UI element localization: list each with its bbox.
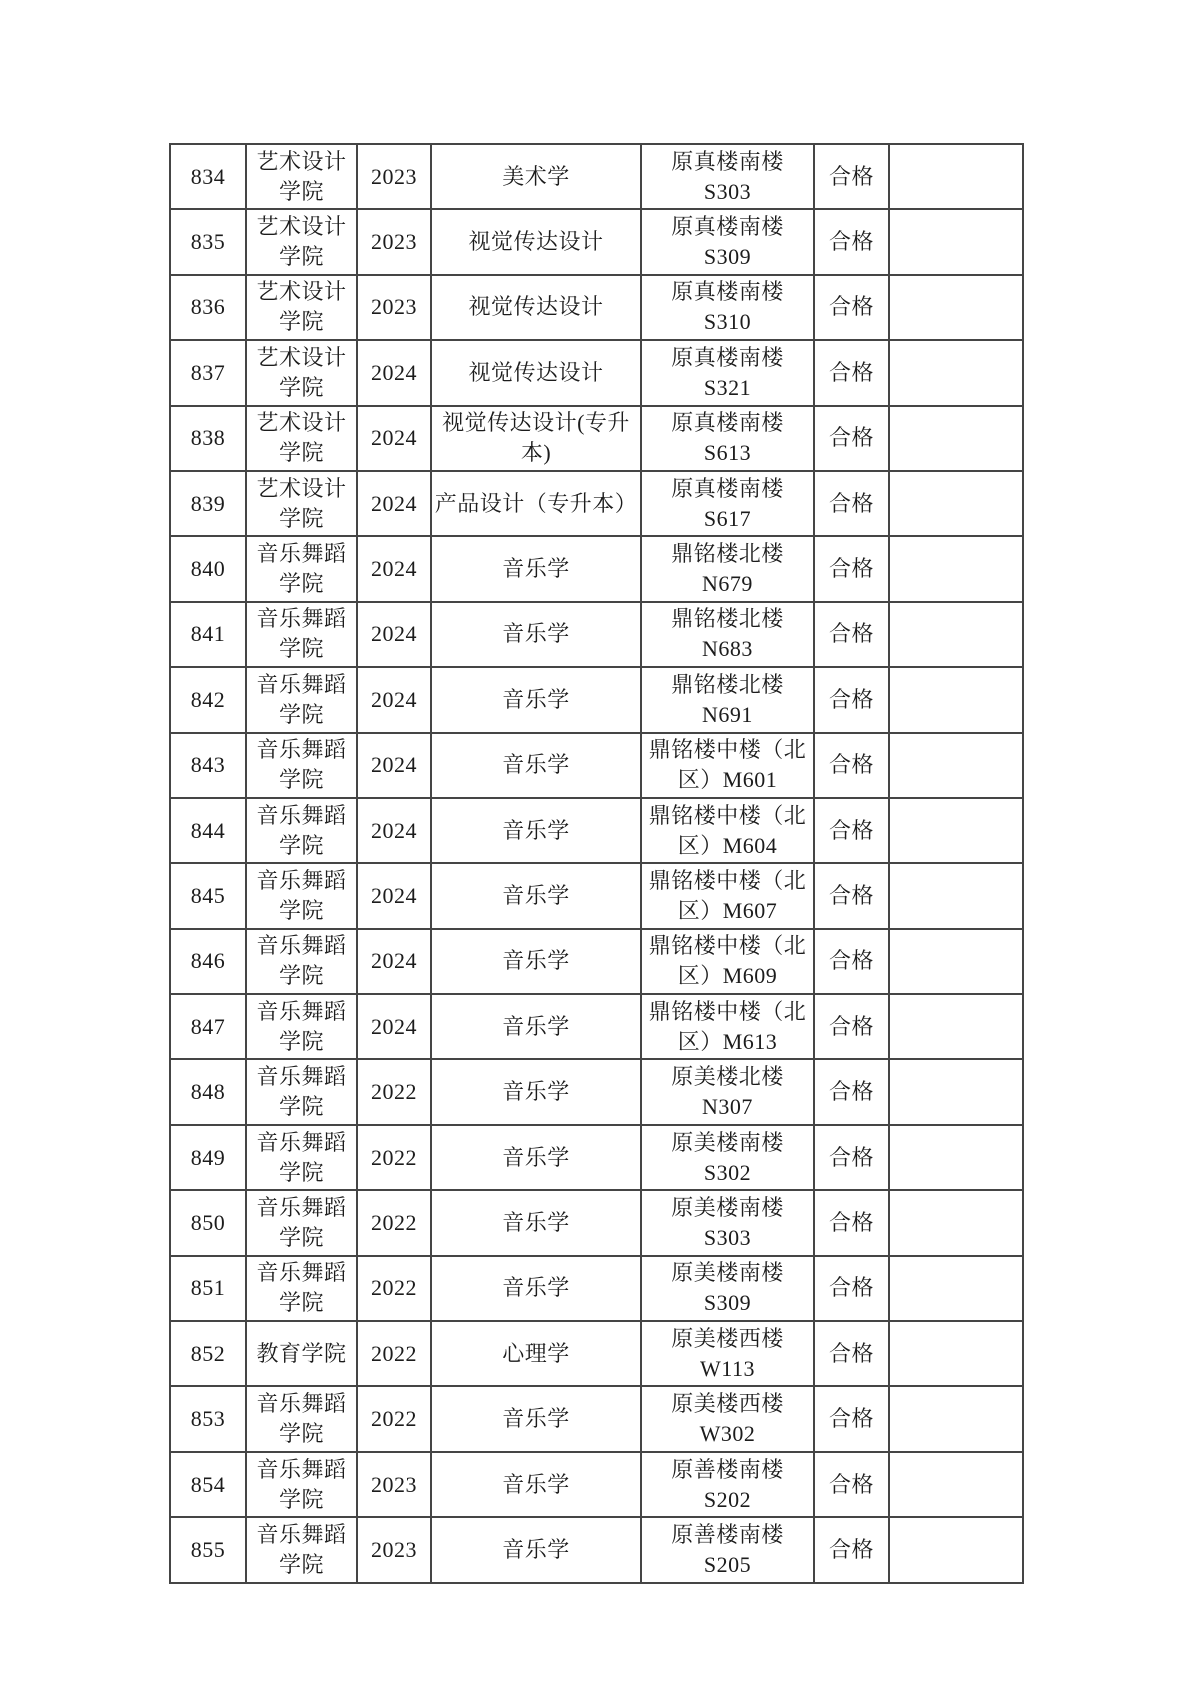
cell-year: 2024 <box>357 536 431 601</box>
cell-note <box>889 1386 1023 1451</box>
cell-number: 843 <box>170 733 246 798</box>
cell-college: 音乐舞蹈学院 <box>246 667 357 732</box>
classroom-inspection-table-wrap: 834艺术设计学院2023美术学原真楼南楼S303合格835艺术设计学院2023… <box>169 143 1024 1584</box>
grade-year: 2022 <box>358 1143 430 1173</box>
major-name-line: 音乐学 <box>432 1535 640 1565</box>
room-number: N679 <box>642 569 813 599</box>
cell-number: 851 <box>170 1256 246 1321</box>
building-name: 原真楼南楼 <box>642 212 813 242</box>
cell-college: 音乐舞蹈学院 <box>246 733 357 798</box>
result-value: 合格 <box>815 619 888 649</box>
cell-location: 原美楼南楼S302 <box>641 1125 814 1190</box>
cell-note <box>889 1190 1023 1255</box>
cell-location: 原善楼南楼S202 <box>641 1452 814 1517</box>
grade-year: 2024 <box>358 1012 430 1042</box>
cell-major: 音乐学 <box>431 863 641 928</box>
cell-note <box>889 733 1023 798</box>
table-row: 838艺术设计学院2024视觉传达设计(专升本)原真楼南楼S613合格 <box>170 406 1023 471</box>
cell-number: 854 <box>170 1452 246 1517</box>
college-name-line: 学院 <box>247 1485 356 1515</box>
major-name-line: 音乐学 <box>432 1273 640 1303</box>
cell-location: 鼎铭楼中楼（北区）M607 <box>641 863 814 928</box>
building-name: 原真楼南楼 <box>642 408 813 438</box>
table-row: 854音乐舞蹈学院2023音乐学原善楼南楼S202合格 <box>170 1452 1023 1517</box>
cell-number: 837 <box>170 340 246 405</box>
grade-year: 2024 <box>358 750 430 780</box>
room-number: 区）M604 <box>642 831 813 861</box>
table-row: 848音乐舞蹈学院2022音乐学原美楼北楼N307合格 <box>170 1059 1023 1124</box>
room-number: S303 <box>642 177 813 207</box>
cell-year: 2022 <box>357 1190 431 1255</box>
cell-note <box>889 863 1023 928</box>
row-number: 851 <box>171 1273 245 1303</box>
cell-result: 合格 <box>814 994 889 1059</box>
room-number: 区）M609 <box>642 961 813 991</box>
row-number: 854 <box>171 1470 245 1500</box>
cell-note <box>889 667 1023 732</box>
cell-year: 2023 <box>357 1517 431 1582</box>
cell-note <box>889 406 1023 471</box>
college-name-line: 艺术设计 <box>247 474 356 504</box>
cell-number: 840 <box>170 536 246 601</box>
cell-year: 2022 <box>357 1059 431 1124</box>
cell-number: 839 <box>170 471 246 536</box>
cell-result: 合格 <box>814 209 889 274</box>
major-name-line: 音乐学 <box>432 750 640 780</box>
building-name: 鼎铭楼北楼 <box>642 670 813 700</box>
major-name-line: 心理学 <box>432 1339 640 1369</box>
cell-major: 音乐学 <box>431 994 641 1059</box>
college-name-line: 音乐舞蹈 <box>247 1128 356 1158</box>
grade-year: 2024 <box>358 881 430 911</box>
row-number: 843 <box>171 750 245 780</box>
row-number: 836 <box>171 292 245 322</box>
major-name-line: 音乐学 <box>432 1470 640 1500</box>
cell-year: 2023 <box>357 144 431 209</box>
cell-number: 852 <box>170 1321 246 1386</box>
cell-location: 原美楼北楼N307 <box>641 1059 814 1124</box>
cell-note <box>889 798 1023 863</box>
cell-result: 合格 <box>814 1321 889 1386</box>
building-name: 鼎铭楼中楼（北 <box>642 931 813 961</box>
cell-major: 音乐学 <box>431 1125 641 1190</box>
cell-note <box>889 1517 1023 1582</box>
major-name-line: 视觉传达设计 <box>432 292 640 322</box>
result-value: 合格 <box>815 1535 888 1565</box>
cell-location: 原美楼南楼S309 <box>641 1256 814 1321</box>
building-name: 鼎铭楼中楼（北 <box>642 997 813 1027</box>
cell-note <box>889 275 1023 340</box>
table-row: 845音乐舞蹈学院2024音乐学鼎铭楼中楼（北区）M607合格 <box>170 863 1023 928</box>
cell-major: 音乐学 <box>431 1386 641 1451</box>
grade-year: 2023 <box>358 162 430 192</box>
major-name-line: 音乐学 <box>432 1012 640 1042</box>
room-number: S321 <box>642 373 813 403</box>
college-name-line: 音乐舞蹈 <box>247 1455 356 1485</box>
table-row: 849音乐舞蹈学院2022音乐学原美楼南楼S302合格 <box>170 1125 1023 1190</box>
college-name-line: 音乐舞蹈 <box>247 1193 356 1223</box>
building-name: 鼎铭楼北楼 <box>642 539 813 569</box>
college-name-line: 学院 <box>247 1550 356 1580</box>
building-name: 鼎铭楼北楼 <box>642 604 813 634</box>
college-name-line: 学院 <box>247 1027 356 1057</box>
grade-year: 2024 <box>358 685 430 715</box>
cell-major: 音乐学 <box>431 1256 641 1321</box>
college-name-line: 音乐舞蹈 <box>247 670 356 700</box>
major-name-line: 音乐学 <box>432 1077 640 1107</box>
result-value: 合格 <box>815 358 888 388</box>
result-value: 合格 <box>815 685 888 715</box>
cell-year: 2024 <box>357 798 431 863</box>
major-name-line: 视觉传达设计 <box>432 358 640 388</box>
building-name: 原真楼南楼 <box>642 343 813 373</box>
classroom-inspection-table: 834艺术设计学院2023美术学原真楼南楼S303合格835艺术设计学院2023… <box>169 143 1024 1584</box>
college-name-line: 音乐舞蹈 <box>247 1258 356 1288</box>
table-row: 839艺术设计学院2024产品设计（专升本）原真楼南楼S617合格 <box>170 471 1023 536</box>
cell-note <box>889 144 1023 209</box>
cell-number: 846 <box>170 929 246 994</box>
building-name: 原美楼北楼 <box>642 1062 813 1092</box>
room-number: S202 <box>642 1485 813 1515</box>
table-row: 836艺术设计学院2023视觉传达设计原真楼南楼S310合格 <box>170 275 1023 340</box>
cell-result: 合格 <box>814 536 889 601</box>
table-row: 853音乐舞蹈学院2022音乐学原美楼西楼W302合格 <box>170 1386 1023 1451</box>
cell-result: 合格 <box>814 471 889 536</box>
room-number: S310 <box>642 307 813 337</box>
college-name-line: 教育学院 <box>247 1339 356 1369</box>
cell-major: 音乐学 <box>431 1452 641 1517</box>
room-number: 区）M601 <box>642 765 813 795</box>
college-name-line: 学院 <box>247 177 356 207</box>
grade-year: 2022 <box>358 1208 430 1238</box>
cell-number: 838 <box>170 406 246 471</box>
college-name-line: 艺术设计 <box>247 147 356 177</box>
college-name-line: 音乐舞蹈 <box>247 801 356 831</box>
grade-year: 2023 <box>358 227 430 257</box>
cell-college: 音乐舞蹈学院 <box>246 536 357 601</box>
cell-location: 鼎铭楼北楼N679 <box>641 536 814 601</box>
college-name-line: 学院 <box>247 700 356 730</box>
cell-result: 合格 <box>814 602 889 667</box>
college-name-line: 音乐舞蹈 <box>247 539 356 569</box>
cell-year: 2024 <box>357 863 431 928</box>
cell-year: 2024 <box>357 340 431 405</box>
cell-major: 音乐学 <box>431 733 641 798</box>
college-name-line: 音乐舞蹈 <box>247 735 356 765</box>
result-value: 合格 <box>815 423 888 453</box>
grade-year: 2024 <box>358 946 430 976</box>
college-name-line: 音乐舞蹈 <box>247 931 356 961</box>
cell-year: 2022 <box>357 1125 431 1190</box>
cell-location: 原真楼南楼S303 <box>641 144 814 209</box>
result-value: 合格 <box>815 1012 888 1042</box>
cell-location: 鼎铭楼中楼（北区）M604 <box>641 798 814 863</box>
grade-year: 2024 <box>358 619 430 649</box>
result-value: 合格 <box>815 1339 888 1369</box>
result-value: 合格 <box>815 946 888 976</box>
cell-college: 音乐舞蹈学院 <box>246 863 357 928</box>
building-name: 原真楼南楼 <box>642 147 813 177</box>
cell-number: 850 <box>170 1190 246 1255</box>
cell-result: 合格 <box>814 798 889 863</box>
cell-year: 2023 <box>357 209 431 274</box>
room-number: 区）M607 <box>642 896 813 926</box>
cell-major: 音乐学 <box>431 929 641 994</box>
cell-result: 合格 <box>814 1517 889 1582</box>
table-row: 834艺术设计学院2023美术学原真楼南楼S303合格 <box>170 144 1023 209</box>
room-number: N307 <box>642 1092 813 1122</box>
cell-major: 音乐学 <box>431 536 641 601</box>
table-row: 851音乐舞蹈学院2022音乐学原美楼南楼S309合格 <box>170 1256 1023 1321</box>
cell-college: 音乐舞蹈学院 <box>246 1517 357 1582</box>
college-name-line: 学院 <box>247 373 356 403</box>
cell-college: 音乐舞蹈学院 <box>246 1256 357 1321</box>
college-name-line: 学院 <box>247 1158 356 1188</box>
cell-location: 鼎铭楼北楼N683 <box>641 602 814 667</box>
college-name-line: 艺术设计 <box>247 277 356 307</box>
cell-result: 合格 <box>814 1059 889 1124</box>
major-name-line: 音乐学 <box>432 619 640 649</box>
cell-note <box>889 602 1023 667</box>
grade-year: 2022 <box>358 1339 430 1369</box>
grade-year: 2023 <box>358 1470 430 1500</box>
major-name-line: 本) <box>432 438 640 468</box>
college-name-line: 音乐舞蹈 <box>247 1389 356 1419</box>
cell-number: 835 <box>170 209 246 274</box>
table-row: 843音乐舞蹈学院2024音乐学鼎铭楼中楼（北区）M601合格 <box>170 733 1023 798</box>
cell-major: 音乐学 <box>431 1517 641 1582</box>
major-name-line: 音乐学 <box>432 816 640 846</box>
college-name-line: 学院 <box>247 504 356 534</box>
cell-location: 原美楼南楼S303 <box>641 1190 814 1255</box>
building-name: 原真楼南楼 <box>642 474 813 504</box>
row-number: 840 <box>171 554 245 584</box>
result-value: 合格 <box>815 1273 888 1303</box>
cell-number: 855 <box>170 1517 246 1582</box>
cell-major: 视觉传达设计(专升本) <box>431 406 641 471</box>
cell-number: 845 <box>170 863 246 928</box>
college-name-line: 学院 <box>247 1223 356 1253</box>
cell-major: 音乐学 <box>431 1059 641 1124</box>
building-name: 鼎铭楼中楼（北 <box>642 735 813 765</box>
cell-note <box>889 994 1023 1059</box>
room-number: N691 <box>642 700 813 730</box>
cell-major: 美术学 <box>431 144 641 209</box>
cell-note <box>889 1059 1023 1124</box>
college-name-line: 学院 <box>247 1092 356 1122</box>
college-name-line: 学院 <box>247 634 356 664</box>
cell-year: 2024 <box>357 994 431 1059</box>
row-number: 839 <box>171 489 245 519</box>
cell-location: 原真楼南楼S613 <box>641 406 814 471</box>
cell-college: 音乐舞蹈学院 <box>246 1125 357 1190</box>
row-number: 848 <box>171 1077 245 1107</box>
grade-year: 2023 <box>358 1535 430 1565</box>
cell-number: 847 <box>170 994 246 1059</box>
result-value: 合格 <box>815 227 888 257</box>
cell-college: 音乐舞蹈学院 <box>246 798 357 863</box>
cell-college: 艺术设计学院 <box>246 340 357 405</box>
cell-result: 合格 <box>814 1125 889 1190</box>
building-name: 鼎铭楼中楼（北 <box>642 866 813 896</box>
cell-result: 合格 <box>814 275 889 340</box>
building-name: 原美楼西楼 <box>642 1324 813 1354</box>
cell-result: 合格 <box>814 863 889 928</box>
building-name: 原真楼南楼 <box>642 277 813 307</box>
cell-result: 合格 <box>814 929 889 994</box>
cell-location: 原美楼西楼W113 <box>641 1321 814 1386</box>
cell-location: 原美楼西楼W302 <box>641 1386 814 1451</box>
result-value: 合格 <box>815 750 888 780</box>
cell-note <box>889 1125 1023 1190</box>
cell-college: 艺术设计学院 <box>246 471 357 536</box>
room-number: S617 <box>642 504 813 534</box>
cell-location: 鼎铭楼中楼（北区）M613 <box>641 994 814 1059</box>
cell-major: 音乐学 <box>431 798 641 863</box>
cell-college: 教育学院 <box>246 1321 357 1386</box>
table-row: 852教育学院2022心理学原美楼西楼W113合格 <box>170 1321 1023 1386</box>
cell-year: 2023 <box>357 1452 431 1517</box>
row-number: 838 <box>171 423 245 453</box>
cell-college: 音乐舞蹈学院 <box>246 602 357 667</box>
cell-major: 音乐学 <box>431 1190 641 1255</box>
cell-major: 音乐学 <box>431 667 641 732</box>
cell-result: 合格 <box>814 1452 889 1517</box>
result-value: 合格 <box>815 1143 888 1173</box>
building-name: 原善楼南楼 <box>642 1520 813 1550</box>
major-name-line: 产品设计（专升本） <box>432 489 640 519</box>
building-name: 鼎铭楼中楼（北 <box>642 801 813 831</box>
college-name-line: 学院 <box>247 896 356 926</box>
row-number: 841 <box>171 619 245 649</box>
college-name-line: 艺术设计 <box>247 212 356 242</box>
cell-number: 842 <box>170 667 246 732</box>
row-number: 847 <box>171 1012 245 1042</box>
room-number: 区）M613 <box>642 1027 813 1057</box>
room-number: S309 <box>642 1288 813 1318</box>
cell-location: 原真楼南楼S321 <box>641 340 814 405</box>
cell-number: 853 <box>170 1386 246 1451</box>
major-name-line: 音乐学 <box>432 1143 640 1173</box>
major-name-line: 音乐学 <box>432 946 640 976</box>
college-name-line: 音乐舞蹈 <box>247 1520 356 1550</box>
result-value: 合格 <box>815 554 888 584</box>
college-name-line: 学院 <box>247 438 356 468</box>
cell-college: 艺术设计学院 <box>246 209 357 274</box>
room-number: S303 <box>642 1223 813 1253</box>
cell-college: 艺术设计学院 <box>246 144 357 209</box>
building-name: 原美楼南楼 <box>642 1193 813 1223</box>
cell-number: 848 <box>170 1059 246 1124</box>
cell-location: 原善楼南楼S205 <box>641 1517 814 1582</box>
college-name-line: 学院 <box>247 1419 356 1449</box>
college-name-line: 音乐舞蹈 <box>247 1062 356 1092</box>
cell-location: 原真楼南楼S309 <box>641 209 814 274</box>
cell-college: 音乐舞蹈学院 <box>246 1059 357 1124</box>
college-name-line: 学院 <box>247 765 356 795</box>
row-number: 855 <box>171 1535 245 1565</box>
cell-note <box>889 1321 1023 1386</box>
college-name-line: 学院 <box>247 831 356 861</box>
cell-year: 2022 <box>357 1256 431 1321</box>
row-number: 834 <box>171 162 245 192</box>
cell-year: 2024 <box>357 929 431 994</box>
major-name-line: 音乐学 <box>432 1208 640 1238</box>
room-number: W302 <box>642 1419 813 1449</box>
room-number: S302 <box>642 1158 813 1188</box>
table-row: 846音乐舞蹈学院2024音乐学鼎铭楼中楼（北区）M609合格 <box>170 929 1023 994</box>
cell-note <box>889 536 1023 601</box>
grade-year: 2023 <box>358 292 430 322</box>
building-name: 原善楼南楼 <box>642 1455 813 1485</box>
major-name-line: 美术学 <box>432 162 640 192</box>
cell-year: 2022 <box>357 1321 431 1386</box>
college-name-line: 音乐舞蹈 <box>247 997 356 1027</box>
cell-year: 2022 <box>357 1386 431 1451</box>
room-number: S205 <box>642 1550 813 1580</box>
cell-result: 合格 <box>814 1256 889 1321</box>
cell-result: 合格 <box>814 733 889 798</box>
college-name-line: 音乐舞蹈 <box>247 604 356 634</box>
cell-number: 849 <box>170 1125 246 1190</box>
cell-number: 834 <box>170 144 246 209</box>
major-name-line: 音乐学 <box>432 554 640 584</box>
cell-college: 艺术设计学院 <box>246 406 357 471</box>
college-name-line: 学院 <box>247 961 356 991</box>
table-row: 844音乐舞蹈学院2024音乐学鼎铭楼中楼（北区）M604合格 <box>170 798 1023 863</box>
result-value: 合格 <box>815 162 888 192</box>
result-value: 合格 <box>815 292 888 322</box>
cell-college: 音乐舞蹈学院 <box>246 1190 357 1255</box>
cell-location: 原真楼南楼S310 <box>641 275 814 340</box>
row-number: 842 <box>171 685 245 715</box>
cell-location: 鼎铭楼北楼N691 <box>641 667 814 732</box>
cell-number: 841 <box>170 602 246 667</box>
cell-college: 音乐舞蹈学院 <box>246 1386 357 1451</box>
row-number: 845 <box>171 881 245 911</box>
grade-year: 2022 <box>358 1077 430 1107</box>
grade-year: 2022 <box>358 1273 430 1303</box>
grade-year: 2024 <box>358 489 430 519</box>
row-number: 835 <box>171 227 245 257</box>
cell-location: 原真楼南楼S617 <box>641 471 814 536</box>
cell-major: 视觉传达设计 <box>431 340 641 405</box>
row-number: 844 <box>171 816 245 846</box>
college-name-line: 艺术设计 <box>247 343 356 373</box>
cell-year: 2024 <box>357 406 431 471</box>
cell-major: 视觉传达设计 <box>431 209 641 274</box>
room-number: W113 <box>642 1354 813 1384</box>
table-row: 835艺术设计学院2023视觉传达设计原真楼南楼S309合格 <box>170 209 1023 274</box>
table-row: 847音乐舞蹈学院2024音乐学鼎铭楼中楼（北区）M613合格 <box>170 994 1023 1059</box>
cell-year: 2024 <box>357 667 431 732</box>
result-value: 合格 <box>815 1208 888 1238</box>
cell-result: 合格 <box>814 406 889 471</box>
cell-number: 844 <box>170 798 246 863</box>
document-page: { "colors": { "page_background": "#fffff… <box>0 0 1191 1684</box>
cell-college: 音乐舞蹈学院 <box>246 929 357 994</box>
grade-year: 2024 <box>358 554 430 584</box>
building-name: 原美楼南楼 <box>642 1128 813 1158</box>
result-value: 合格 <box>815 881 888 911</box>
row-number: 849 <box>171 1143 245 1173</box>
row-number: 846 <box>171 946 245 976</box>
result-value: 合格 <box>815 489 888 519</box>
cell-college: 音乐舞蹈学院 <box>246 1452 357 1517</box>
grade-year: 2024 <box>358 423 430 453</box>
cell-result: 合格 <box>814 340 889 405</box>
major-name-line: 音乐学 <box>432 1404 640 1434</box>
